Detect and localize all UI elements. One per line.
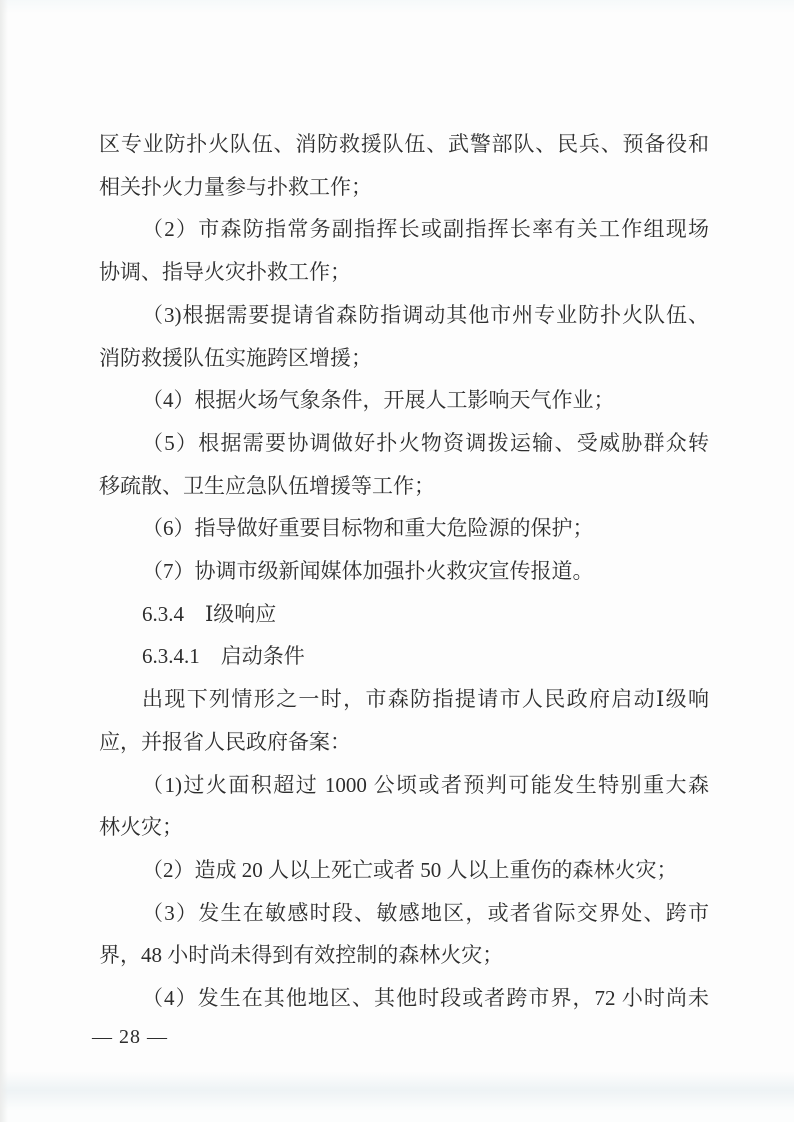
list-item-2: （2）市森防指常务副指挥长或副指挥长率有关工作组现场 (99, 208, 709, 251)
text-line: 协调、指导火灾扑救工作； (99, 251, 709, 294)
list-item-4b: （4）发生在其他地区、其他时段或者跨市界，72 小时尚未 (99, 977, 709, 1020)
document-body: 区专业防扑火队伍、消防救援队伍、武警部队、民兵、预备役和 相关扑火力量参与扑救工… (99, 123, 709, 1020)
text-line: 移疏散、卫生应急队伍增援等工作； (99, 465, 709, 508)
list-item-7: （7）协调市级新闻媒体加强扑火救灾宣传报道。 (99, 550, 709, 593)
list-item-4: （4）根据火场气象条件，开展人工影响天气作业； (99, 379, 709, 422)
scanned-document-page: 区专业防扑火队伍、消防救援队伍、武警部队、民兵、预备役和 相关扑火力量参与扑救工… (0, 0, 794, 1122)
text-line: 应，并报省人民政府备案： (99, 721, 709, 764)
list-item-3b: （3）发生在敏感时段、敏感地区，或者省际交界处、跨市 (99, 892, 709, 935)
section-heading-6-3-4: 6.3.4 Ⅰ级响应 (99, 593, 709, 636)
list-item-5: （5）根据需要协调做好扑火物资调拨运输、受威胁群众转 (99, 422, 709, 465)
list-item-1: （1)过火面积超过 1000 公顷或者预判可能发生特别重大森 (99, 764, 709, 807)
list-item-6: （6）指导做好重要目标物和重大危险源的保护； (99, 507, 709, 550)
text-line: 消防救援队伍实施跨区增援； (99, 337, 709, 380)
section-heading-6-3-4-1: 6.3.4.1 启动条件 (99, 635, 709, 678)
list-item-3: （3)根据需要提请省森防指调动其他市州专业防扑火队伍、 (99, 294, 709, 337)
text-line: 林火灾； (99, 806, 709, 849)
text-line: 出现下列情形之一时，市森防指提请市人民政府启动Ⅰ级响 (99, 678, 709, 721)
page-number: — 28 — (92, 1022, 168, 1052)
text-line: 界，48 小时尚未得到有效控制的森林火灾； (99, 934, 709, 977)
text-line: 区专业防扑火队伍、消防救援队伍、武警部队、民兵、预备役和 (99, 123, 709, 166)
text-line: 相关扑火力量参与扑救工作； (99, 166, 709, 209)
list-item-2b: （2）造成 20 人以上死亡或者 50 人以上重伤的森林火灾； (99, 849, 709, 892)
